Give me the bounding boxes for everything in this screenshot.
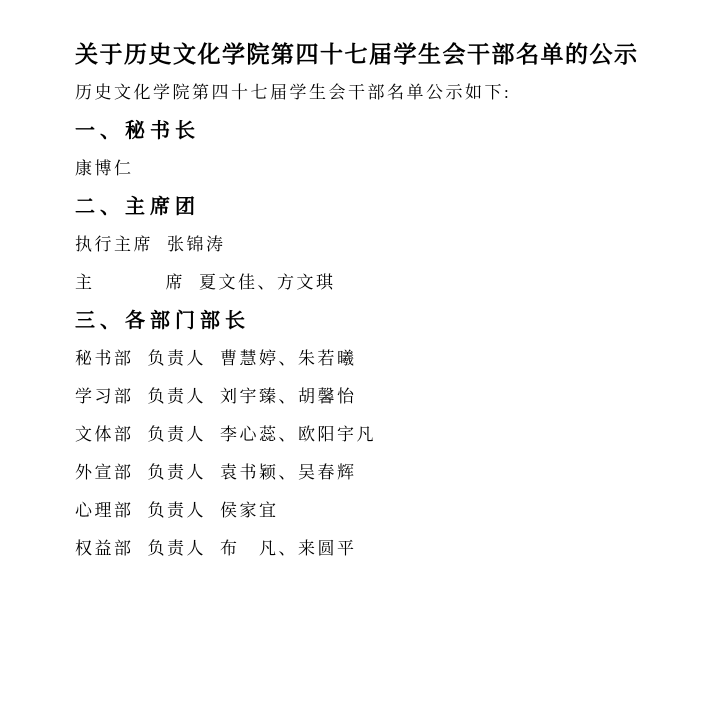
roster-line-psychology: 心理部负责人侯家宜: [75, 492, 679, 530]
entry-label: 负责人: [148, 387, 207, 406]
roster-line-study: 学习部负责人刘宇臻、胡馨怡: [75, 378, 679, 416]
section-heading-presidium: 二、主席团: [75, 188, 679, 226]
roster-line-rights: 权益部负责人布 凡、来圆平: [75, 530, 679, 568]
entry-label: 负责人: [148, 539, 207, 558]
roster-line-secretary-general: 康博仁: [75, 150, 679, 188]
entry-label: 负责人: [148, 501, 207, 520]
entry-names: 李心蕊、欧阳宇凡: [220, 425, 376, 444]
entry-dept: 心理部: [75, 501, 134, 520]
entry-names: 侯家宜: [220, 501, 279, 520]
entry-names: 张锦涛: [167, 235, 226, 254]
entry-dept: 外宣部: [75, 463, 134, 482]
entry-names: 布 凡、来圆平: [220, 539, 357, 558]
entry-label: 负责人: [148, 425, 207, 444]
section-heading-department-heads: 三、各部门部长: [75, 302, 679, 340]
entry-names: 袁书颖、吴春辉: [220, 463, 357, 482]
entry-role: 主席: [75, 264, 185, 302]
doc-title: 关于历史文化学院第四十七届学生会干部名单的公示: [75, 36, 679, 74]
entry-dept: 文体部: [75, 425, 134, 444]
document-page: 关于历史文化学院第四十七届学生会干部名单的公示 历史文化学院第四十七届学生会干部…: [0, 0, 719, 720]
entry-label: 负责人: [148, 463, 207, 482]
entry-names: 康博仁: [75, 159, 134, 178]
entry-dept: 学习部: [75, 387, 134, 406]
section-heading-secretary-general: 一、秘书长: [75, 112, 679, 150]
roster-line-secretariat: 秘书部负责人曹慧婷、朱若曦: [75, 340, 679, 378]
entry-label: 负责人: [148, 349, 207, 368]
doc-intro: 历史文化学院第四十七届学生会干部名单公示如下:: [75, 74, 679, 112]
roster-line-culture-sports: 文体部负责人李心蕊、欧阳宇凡: [75, 416, 679, 454]
entry-names: 夏文佳、方文琪: [199, 273, 336, 292]
entry-dept: 权益部: [75, 539, 134, 558]
entry-role: 执行主席: [75, 235, 153, 254]
roster-line-publicity: 外宣部负责人袁书颖、吴春辉: [75, 454, 679, 492]
entry-names: 曹慧婷、朱若曦: [220, 349, 357, 368]
roster-line-chairs: 主席夏文佳、方文琪: [75, 264, 679, 302]
entry-names: 刘宇臻、胡馨怡: [220, 387, 357, 406]
roster-line-executive-chair: 执行主席张锦涛: [75, 226, 679, 264]
entry-dept: 秘书部: [75, 349, 134, 368]
